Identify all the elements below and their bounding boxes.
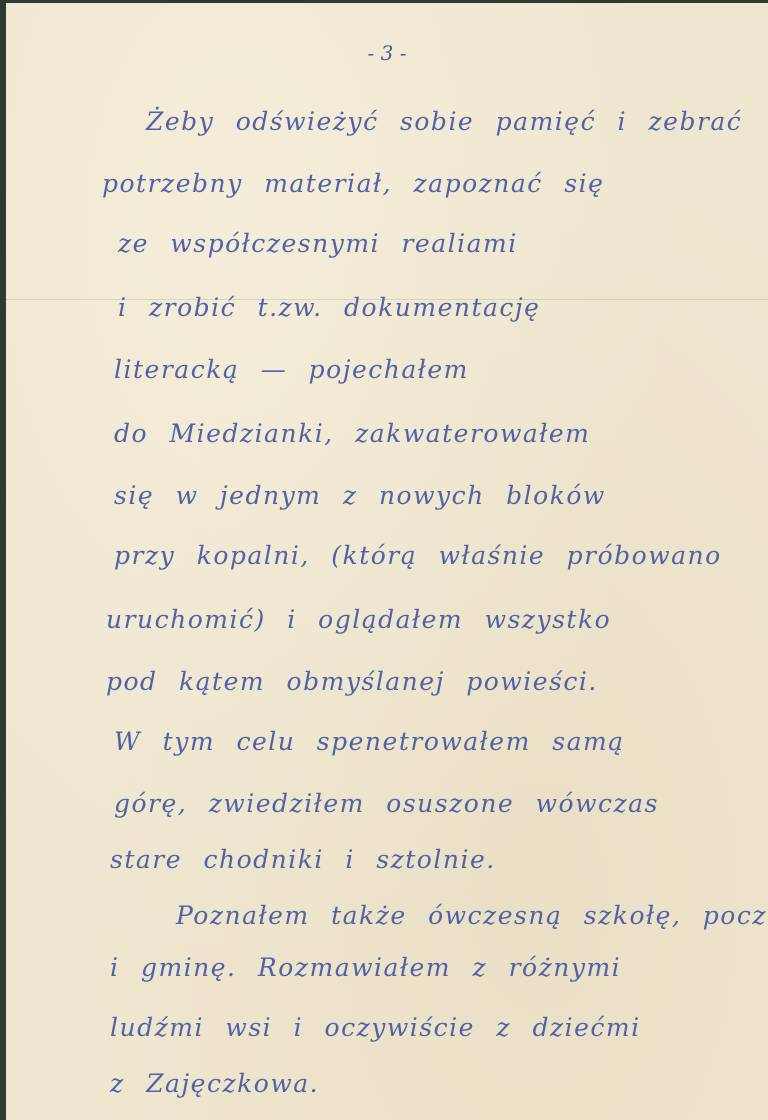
text-line: uruchomić) i oglądałem wszystko	[106, 605, 611, 634]
text-line: się w jednym z nowych bloków	[114, 481, 606, 510]
text-line: stare chodniki i sztolnie.	[110, 845, 496, 874]
text-line: potrzebny materiał, zapoznać się	[102, 169, 604, 198]
text-line: z Zajęczkowa.	[110, 1069, 319, 1098]
text-line: literacką — pojechałem	[114, 355, 469, 384]
text-line: ludźmi wsi i oczywiście z dziećmi	[110, 1013, 641, 1042]
page-number: - 3 -	[6, 41, 768, 65]
text-line: W tym celu spenetrowałem samą	[114, 727, 625, 756]
text-line: i zrobić t.zw. dokumentację	[118, 293, 540, 322]
text-line: pod kątem obmyślanej powieści.	[106, 667, 598, 696]
text-line: Żeby odświeżyć sobie pamięć i zebrać	[146, 107, 742, 136]
manuscript-page: - 3 - Żeby odświeżyć sobie pamięć i zebr…	[6, 3, 768, 1120]
text-line: i gminę. Rozmawiałem z różnymi	[110, 953, 621, 982]
text-line: przy kopalni, (którą właśnie próbowano	[114, 541, 722, 570]
text-line: do Miedzianki, zakwaterowałem	[114, 419, 590, 448]
text-line: górę, zwiedziłem osuszone wówczas	[114, 789, 659, 818]
text-line: Poznałem także ówczesną szkołę, pocztę	[176, 901, 768, 930]
text-line: ze współczesnymi realiami	[118, 229, 518, 258]
